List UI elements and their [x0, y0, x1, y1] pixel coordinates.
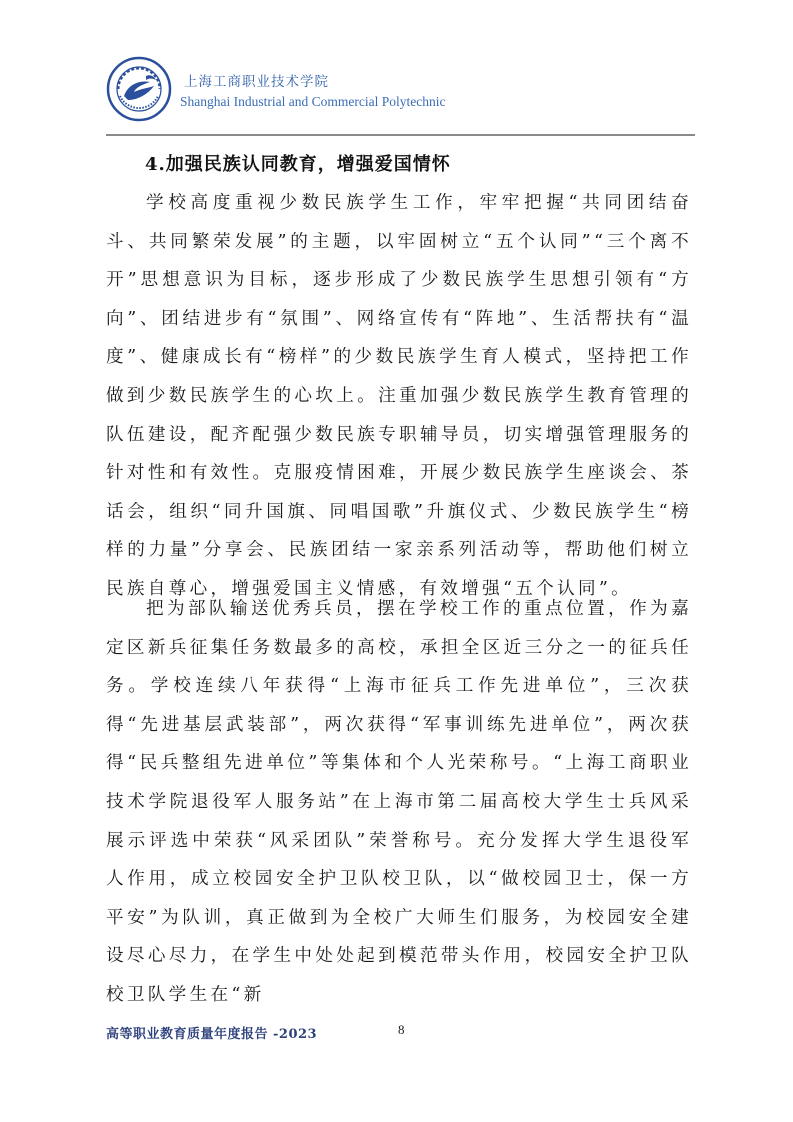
page-number: 8 — [398, 1022, 405, 1038]
paragraph-ethnic-education: 学校高度重视少数民族学生工作，牢牢把握“共同团结奋斗、共同繁荣发展”的主题，以牢… — [106, 184, 692, 609]
header-divider — [106, 134, 695, 136]
school-name-en: Shanghai Industrial and Commercial Polyt… — [180, 94, 445, 110]
footer-report-title: 高等职业教育质量年度报告 -2023 — [106, 1023, 317, 1042]
school-emblem-icon — [106, 56, 172, 122]
paragraph-military-recruitment: 把为部队输送优秀兵员，摆在学校工作的重点位置，作为嘉定区新兵征集任务数最多的高校… — [106, 590, 692, 1015]
section-heading: 4.加强民族认同教育，增强爱国情怀 — [145, 150, 451, 176]
page-header: 上海工商职业技术学院 Shanghai Industrial and Comme… — [104, 54, 704, 126]
school-name-cn: 上海工商职业技术学院 — [184, 70, 329, 90]
